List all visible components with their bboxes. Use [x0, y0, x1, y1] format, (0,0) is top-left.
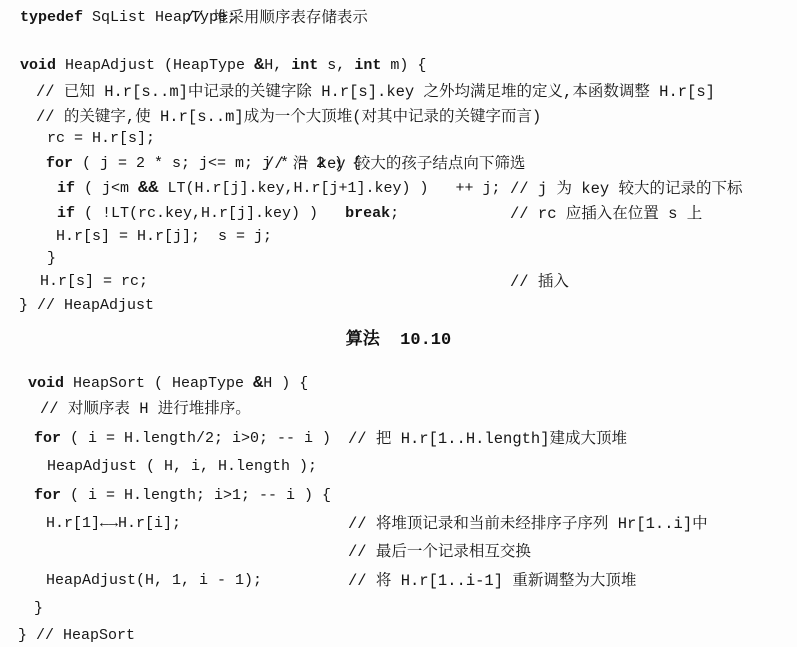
- heapadjust-if2-line: if ( !LT(rc.key,H.r[j].key) ) break; // …: [0, 204, 797, 226]
- heapsort-forbuild-line: for ( i = H.length/2; i>0; -- i ) // 把 H…: [0, 429, 797, 451]
- heapsort-close-line: } // HeapSort: [0, 626, 797, 647]
- heapadjust-close-code: } // HeapAdjust: [19, 296, 154, 316]
- keyword-if: if: [57, 180, 75, 197]
- textbook-page: typedef SqList HeapType; // 堆采用顺序表存储表示 v…: [0, 0, 797, 647]
- sig-part: H ) {: [263, 375, 308, 392]
- algorithm-caption: 算法 10.10: [0, 324, 797, 350]
- heapsort-signature: void HeapSort ( HeapType &H ) {: [28, 374, 308, 394]
- inner-close-brace: }: [47, 249, 56, 269]
- heapadjust-for-line: for ( j = 2 * s; j<= m; j * = 2 ) { // 沿…: [0, 154, 797, 176]
- heapadjust-doc-line-2: // 的关键字,使 H.r[s..m]成为一个大顶堆(对其中记录的关键字而言): [0, 107, 797, 129]
- heapsort-close-code: } // HeapSort: [18, 626, 135, 646]
- sig-part: HeapSort ( HeapType: [64, 375, 253, 392]
- if2-part: ;: [390, 205, 399, 222]
- heapadjust-if1-code: if ( j<m && LT(H.r[j].key,H.r[j+1].key) …: [57, 179, 501, 199]
- keyword-for: for: [34, 487, 61, 504]
- if2-part: ( !LT(rc.key,H.r[j].key) ): [75, 205, 345, 222]
- heapadjust-doc-comment-1: // 已知 H.r[s..m]中记录的关键字除 H.r[s].key 之外均满足…: [36, 82, 715, 102]
- keyword-for: for: [46, 155, 73, 172]
- for-rest: ( i = H.length/2; i>0; -- i ): [61, 430, 331, 447]
- sig-part: m) {: [381, 57, 426, 74]
- heapsort-inner-close-line: }: [0, 599, 797, 621]
- typedef-line: typedef SqList HeapType; // 堆采用顺序表存储表示: [0, 8, 797, 30]
- heapadjust-signature-line: void HeapAdjust (HeapType &H, int s, int…: [0, 56, 797, 78]
- heapadjust-for-comment: // 沿 key 较大的孩子结点向下筛选: [265, 154, 525, 174]
- heapsort-forsort-line: for ( i = H.length; i>1; -- i ) {: [0, 486, 797, 508]
- keyword-int: int: [291, 57, 318, 74]
- heapsort-calladjust-line: HeapAdjust(H, 1, i - 1); // 将 H.r[1..i-1…: [0, 571, 797, 593]
- heapsort-forbuild-comment: // 把 H.r[1..H.length]建成大顶堆: [348, 429, 627, 449]
- heapsort-signature-line: void HeapSort ( HeapType &H ) {: [0, 374, 797, 396]
- heapadjust-signature: void HeapAdjust (HeapType &H, int s, int…: [20, 56, 426, 76]
- keyword-void: void: [28, 375, 64, 392]
- heapadjust-if2-code: if ( !LT(rc.key,H.r[j].key) ) break;: [57, 204, 399, 224]
- heapsort-doc-comment: // 对顺序表 H 进行堆排序。: [40, 399, 251, 419]
- keyword-void: void: [20, 57, 56, 74]
- heapadjust-doc-line-1: // 已知 H.r[s..m]中记录的关键字除 H.r[s].key 之外均满足…: [0, 82, 797, 104]
- ampersand: &: [254, 56, 264, 75]
- heapsort-exchange-comment-cont: // 最后一个记录相互交换: [348, 542, 531, 562]
- heapsort-forbuild-code: for ( i = H.length/2; i>0; -- i ): [34, 429, 331, 449]
- heapadjust-swap-line: H.r[s] = H.r[j]; s = j;: [0, 227, 797, 249]
- heapadjust-doc-comment-2: // 的关键字,使 H.r[s..m]成为一个大顶堆(对其中记录的关键字而言): [36, 107, 541, 127]
- heapadjust-if2-comment: // rc 应插入在位置 s 上: [510, 204, 702, 224]
- keyword-typedef: typedef: [20, 9, 83, 26]
- ampersand: &: [253, 374, 263, 393]
- heapsort-calladjust-code: HeapAdjust(H, 1, i - 1);: [46, 571, 262, 591]
- heapsort-doc-line: // 对顺序表 H 进行堆排序。: [0, 399, 797, 421]
- heapadjust-insert-code: H.r[s] = rc;: [40, 272, 148, 292]
- heapsort-exchange-comment: // 将堆顶记录和当前未经排序子序列 Hr[1..i]中: [348, 514, 708, 534]
- heapsort-exchange-line: H.r[1]←→H.r[i]; // 将堆顶记录和当前未经排序子序列 Hr[1.…: [0, 514, 797, 536]
- sig-part: s,: [318, 57, 354, 74]
- heapsort-exchange-comment-cont-line: // 最后一个记录相互交换: [0, 542, 797, 564]
- heapsort-exchange-code: H.r[1]←→H.r[i];: [46, 514, 181, 534]
- heapadjust-if1-comment: // j 为 key 较大的记录的下标: [510, 179, 743, 199]
- keyword-if: if: [57, 205, 75, 222]
- heapsort-callbuild-code: HeapAdjust ( H, i, H.length );: [47, 457, 317, 477]
- if1-part: ( j<m: [75, 180, 138, 197]
- if1-part: LT(H.r[j].key,H.r[j+1].key) ) ++ j;: [158, 180, 500, 197]
- inner-close-brace: }: [34, 599, 43, 619]
- heapadjust-close-line: } // HeapAdjust: [0, 296, 797, 318]
- sig-part: HeapAdjust (HeapType: [56, 57, 254, 74]
- rc-assign-code: rc = H.r[s];: [47, 129, 155, 149]
- sig-part: H,: [264, 57, 291, 74]
- for-rest: ( i = H.length; i>1; -- i ) {: [61, 487, 331, 504]
- heapadjust-insert-comment: // 插入: [510, 272, 569, 292]
- heapadjust-insert-line: H.r[s] = rc; // 插入: [0, 272, 797, 294]
- heapsort-calladjust-comment: // 将 H.r[1..i-1] 重新调整为大顶堆: [348, 571, 636, 591]
- rc-assign-line: rc = H.r[s];: [0, 129, 797, 151]
- heapadjust-swap-code: H.r[s] = H.r[j]; s = j;: [56, 227, 272, 247]
- typedef-comment: // 堆采用顺序表存储表示: [185, 8, 368, 28]
- heapadjust-inner-close-line: }: [0, 249, 797, 271]
- keyword-break: break: [345, 205, 390, 222]
- keyword-for: for: [34, 430, 61, 447]
- heapadjust-if1-line: if ( j<m && LT(H.r[j].key,H.r[j+1].key) …: [0, 179, 797, 201]
- heapsort-callbuild-line: HeapAdjust ( H, i, H.length );: [0, 457, 797, 479]
- heapsort-forsort-code: for ( i = H.length; i>1; -- i ) {: [34, 486, 331, 506]
- logical-and: &&: [138, 179, 158, 198]
- keyword-int: int: [354, 57, 381, 74]
